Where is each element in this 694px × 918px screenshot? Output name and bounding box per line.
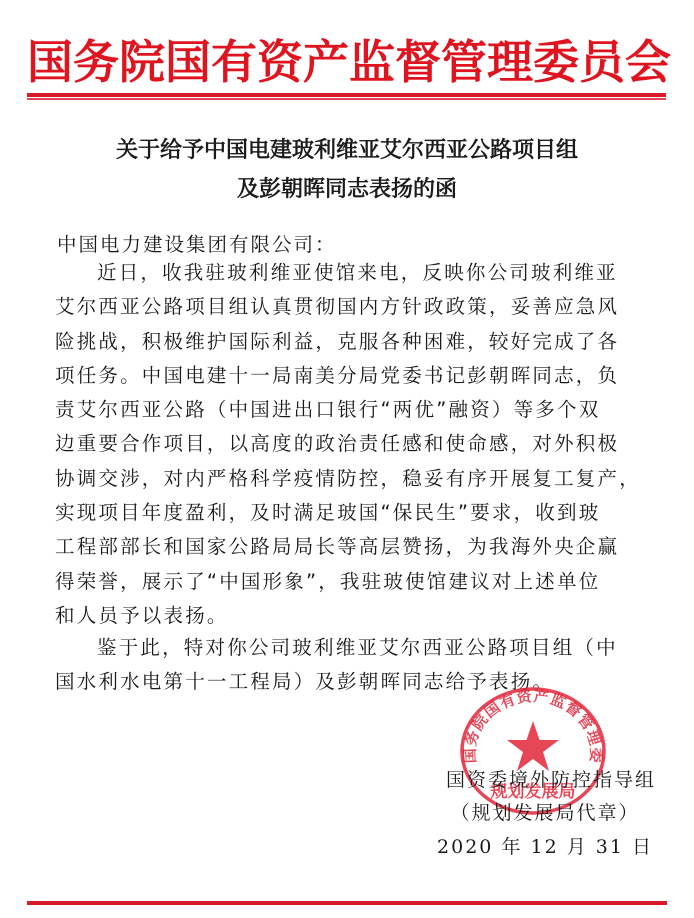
document-title-line-1: 关于给予中国电建玻利维亚艾尔西亚公路项目组 [0, 133, 694, 164]
footer-rule [27, 901, 667, 905]
text-line: 责艾尔西亚公路（中国进出口银行“两优”融资）等多个双 [55, 393, 645, 427]
body-paragraph-1: 近日，收我驻玻利维亚使馆来电，反映你公司玻利维亚 艾尔西亚公路项目组认真贯彻国内… [55, 256, 645, 633]
text-line: 和人员予以表扬。 [55, 599, 645, 633]
letterhead-rule-thick [27, 93, 666, 97]
star-icon [507, 721, 559, 771]
text-line: 得荣誉，展示了“中国形象”，我驻玻使馆建议对上述单位 [55, 565, 645, 599]
text-line: 险挑战，积极维护国际利益，克服各种困难，较好完成了各 [55, 325, 645, 359]
salutation: 中国电力建设集团有限公司： [57, 229, 337, 257]
text-line: 协调交涉，对内严格科学疫情防控，稳妥有序开展复工复产， [55, 462, 645, 496]
letterhead-rule-thin [27, 98, 666, 100]
text-line: 近日，收我驻玻利维亚使馆来电，反映你公司玻利维亚 [55, 256, 645, 290]
text-line: 工程部部长和国家公路局局长等高层赞扬，为我海外央企赢 [55, 530, 645, 564]
text-line: 项任务。中国电建十一局南美分局党委书记彭朝晖同志，负 [55, 359, 645, 393]
document-title-line-2: 及彭朝晖同志表扬的函 [0, 172, 694, 203]
text-line: 边重要合作项目，以高度的政治责任感和使命感，对外积极 [55, 427, 645, 461]
text-line: 实现项目年度盈利，及时满足玻国“保民生”要求，收到玻 [55, 496, 645, 530]
signature-date: 2020 年 12 月 31 日 [388, 832, 694, 859]
signature-agent: （规划发展局代章） [388, 798, 694, 825]
text-line: 鉴于此，特对你公司玻利维亚艾尔西亚公路项目组（中 [55, 631, 645, 665]
letterhead-issuer: 国务院国有资产监督管理委员会 [27, 34, 667, 90]
signature-unit: 国资委境外防控指导组 [394, 765, 694, 792]
text-line: 艾尔西亚公路项目组认真贯彻国内方针政政策，妥善应急风 [55, 290, 645, 324]
